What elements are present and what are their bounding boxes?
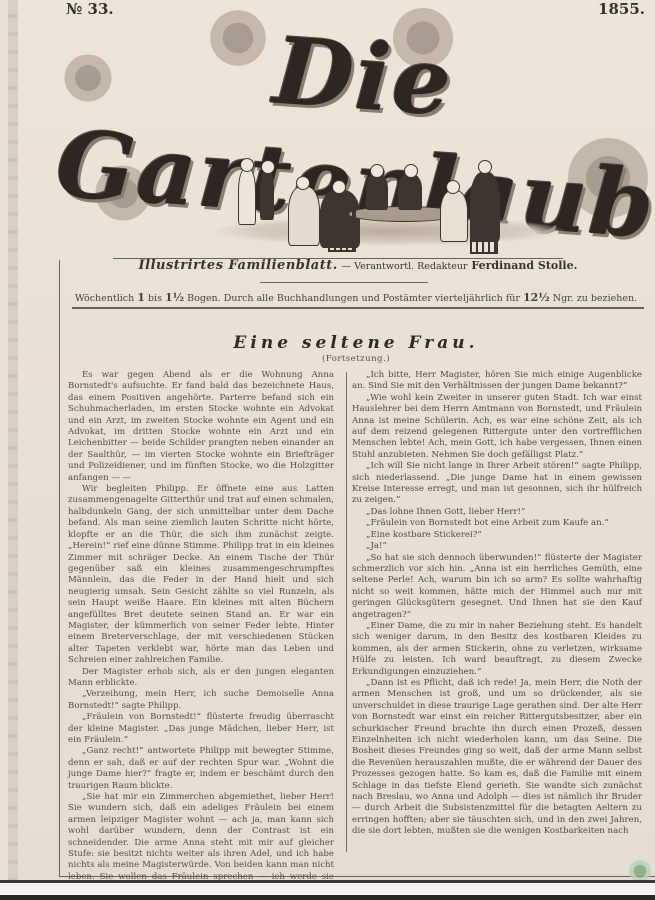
- figure-head: [240, 158, 254, 172]
- sheets-max: 1½: [165, 291, 184, 304]
- library-watermark-icon: [628, 858, 652, 880]
- paragraph: „So hat sie sich dennoch überwunden!“ fl…: [352, 553, 642, 621]
- paragraph: „Das lohne Ihnen Gott, lieber Herr!“: [352, 507, 642, 518]
- figure-woman: [260, 170, 274, 220]
- chair-icon: [470, 208, 498, 254]
- masthead: Die Gartenlaube.: [48, 8, 655, 248]
- sheets-min: 1: [137, 291, 145, 304]
- page-frame-left: [59, 260, 60, 876]
- paragraph: Der Magister erhob sich, als er den jung…: [68, 667, 334, 690]
- paragraph: „Ja!“: [352, 541, 642, 552]
- article-title: Eine seltene Frau.: [66, 333, 646, 353]
- paragraph: „Eine kostbare Stickerei?“: [352, 530, 642, 541]
- figure-head: [370, 164, 384, 178]
- pricing-prefix: Wöchentlich: [75, 293, 134, 304]
- paragraph: „Dann ist es Pflicht, daß ich rede! Ja, …: [352, 678, 642, 838]
- paragraph: „Fräulein von Bornstedt!“ flüsterte freu…: [68, 712, 334, 746]
- sheets-mid: bis: [148, 293, 162, 304]
- figure-head: [446, 180, 460, 194]
- figure-head: [332, 180, 346, 194]
- figure-head: [478, 160, 492, 174]
- scan-bottom-edge: [0, 880, 655, 900]
- publication-kind: Illustrirtes Familienblatt.: [139, 258, 338, 273]
- paragraph: „Fräulein von Bornstedt bot eine Arbeit …: [352, 518, 642, 529]
- figure-seated-woman: [288, 186, 320, 246]
- paragraph: „Verzeihung, mein Herr, ich suche Demois…: [68, 689, 334, 712]
- figure-head: [261, 160, 275, 174]
- masthead-illustration: [208, 146, 568, 251]
- price: 12½: [523, 291, 550, 304]
- chair-icon: [328, 206, 356, 252]
- page-torn-edge: [8, 0, 18, 880]
- price-suffix: Ngr. zu beziehen.: [553, 293, 637, 304]
- figure-reading-man: [366, 174, 388, 210]
- article-column-right: „Ich bitte, Herr Magister, hören Sie mic…: [352, 370, 642, 838]
- paragraph: „Einer Dame, die zu mir in naher Beziehu…: [352, 621, 642, 678]
- article-column-left: Es war gegen Abend als er die Wohnung An…: [68, 370, 334, 895]
- subtitle-rule: [260, 282, 428, 283]
- header-bottom-rule: [72, 307, 644, 309]
- subtitle-line: Illustrirtes Familienblatt. — Verantwort…: [68, 258, 648, 273]
- figure-standing-man: [238, 168, 256, 225]
- paragraph: „Ich will Sie nicht lange in Ihrer Arbei…: [352, 461, 642, 507]
- column-divider: [346, 372, 347, 852]
- paragraph: „Ganz recht!“ antwortete Philipp mit bew…: [68, 746, 334, 792]
- paragraph: „Ich bitte, Herr Magister, hören Sie mic…: [352, 370, 642, 393]
- sheets-suffix: Bogen. Durch alle Buchhandlungen und Pos…: [187, 293, 520, 304]
- pricing-line: Wöchentlich 1 bis 1½ Bogen. Durch alle B…: [66, 291, 646, 304]
- paragraph: Es war gegen Abend als er die Wohnung An…: [68, 370, 334, 484]
- newspaper-page: № 33. 1855. Die Gartenlaube.: [8, 0, 655, 880]
- paragraph: „Wie wohl kein Zweiter in unserer guten …: [352, 393, 642, 461]
- editor-name: Ferdinand Stolle.: [471, 259, 577, 272]
- editor-prefix: — Verantwortl. Redakteur: [342, 261, 468, 272]
- figure-old-man: [398, 174, 422, 210]
- article-continuation: (Fortsetzung.): [66, 354, 646, 364]
- figure-head: [404, 164, 418, 178]
- paragraph: Wir begleiten Philipp. Er öffnete eine a…: [68, 484, 334, 667]
- figure-seated-man: [440, 190, 468, 242]
- figure-head: [296, 176, 310, 190]
